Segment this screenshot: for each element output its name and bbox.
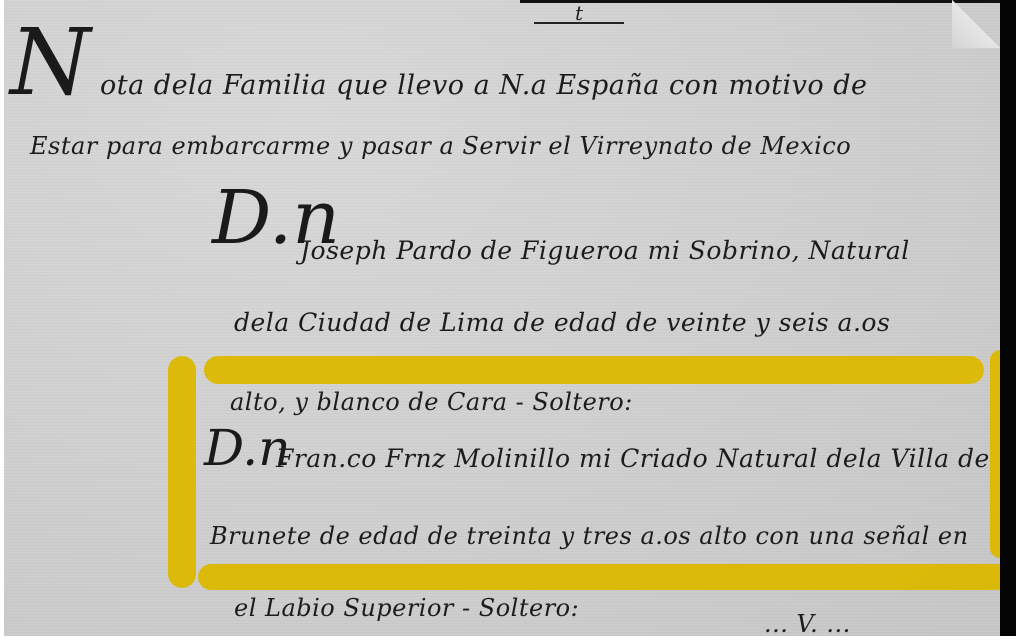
heading-line-2: Estar para embarcarme y pasar a Servir e… (30, 132, 851, 160)
partial-line: ... V. ... (764, 610, 851, 636)
entry-1-line-1: Joseph Pardo de Figueroa mi Sobrino, Nat… (300, 236, 910, 265)
entry-2-line-2: Brunete de edad de treinta y tres a.os a… (210, 522, 969, 550)
highlight-bar-bottom (198, 564, 1004, 590)
page-number: t (534, 4, 624, 24)
entry-2-line-3: el Labio Superior - Soltero: (234, 594, 579, 622)
decorative-initial-n: N (10, 18, 91, 108)
heading-line-1: ota dela Familia que llevo a N.a España … (100, 70, 868, 101)
manuscript-page: t N ota dela Familia que llevo a N.a Esp… (4, 0, 1004, 636)
entry-2-line-1: Fran.co Frnz Molinillo mi Criado Natural… (276, 444, 990, 473)
folded-corner (952, 0, 1000, 48)
entry-1-line-2: dela Ciudad de Lima de edad de veinte y … (234, 308, 890, 337)
scan-bottom-margin (0, 636, 1024, 643)
entry-1-line-3: alto, y blanco de Cara - Soltero: (230, 388, 633, 416)
scan-right-border (1000, 0, 1016, 636)
highlight-bar-top (204, 356, 984, 384)
highlight-bar-left (168, 356, 196, 588)
scan-top-border (520, 0, 1004, 3)
